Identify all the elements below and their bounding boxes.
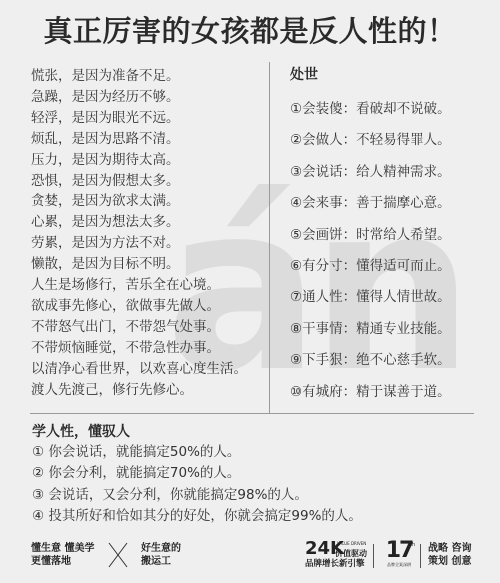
list-item: ⑧干事情：精通专业技能。 [290,314,490,345]
left-line: 贪婪，是因为欲求太满。 [31,191,266,212]
x-icon [108,541,128,569]
list-item: ④会来事：善于揣摩心意。 [290,188,490,219]
brand-slogan-right: 战略 咨询 策划 创意 [428,542,471,568]
section-heading-renxing: 学人性，懂驭人 [32,422,482,442]
left-line: 慌张，是因为准备不足。 [31,66,266,87]
left-line: 劳累，是因为方法不对。 [31,233,266,254]
badge-17th: 17 th 品牌全案深耕 [382,540,416,568]
list-item: ⑦通人性：懂得人情世故。 [290,282,490,313]
left-line: 轻浮，是因为眼光不远。 [31,108,266,129]
list-item: ⑩有城府：精于谋善于道。 [290,377,490,408]
left-line: 烦乱，是因为思路不清。 [31,129,266,150]
slogan-line: 好生意的 [141,542,181,555]
badge-24k-label: 价值驱动 [335,548,367,559]
list-item: ①会装傻：看破却不说破。 [290,94,490,125]
left-line: 恐惧，是因为假想太多。 [31,171,266,192]
list-item: ③会说话：给人精神需求。 [290,157,490,188]
left-line: 人生是场修行，苦乐全在心境。 [31,275,266,296]
left-line: 渡人先渡己，修行先修心。 [31,380,266,401]
footer-separator [373,544,374,568]
list-item: ① 你会说话，就能搞定50%的人。 [32,442,482,463]
left-line: 不带烦恼睡觉，不带急性办事。 [31,338,266,359]
badge-24k: 24K VALUE DRIVEN 价值驱动 品牌增长新引擎 [305,540,365,570]
vertical-divider [269,62,270,414]
badge-24k-subtitle: 品牌增长新引擎 [305,558,365,570]
left-line: 压力，是因为期待太高。 [31,150,266,171]
list-item: ③ 会说话，又会分利，你就能搞定98%的人。 [32,485,482,506]
slogan-line: 更懂落地 [31,555,94,568]
bottom-section: 学人性，懂驭人 ① 你会说话，就能搞定50%的人。 ② 你会分利，就能搞定70%… [32,422,482,527]
left-line: 心累，是因为想法太多。 [31,212,266,233]
list-item: ② 你会分利，就能搞定70%的人。 [32,463,482,484]
badge-17-subtitle: 品牌全案深耕 [382,562,416,568]
brand-slogan-left: 懂生意 懂美学 更懂落地 [31,542,94,568]
list-item: ⑥有分寸：懂得适可而止。 [290,251,490,282]
list-item: ⑨下手狠：绝不心慈手软。 [290,345,490,376]
slogan-line: 策划 创意 [428,555,471,568]
page-title: 真正厉害的女孩都是反人性的！ [0,9,500,50]
list-item: ②会做人：不轻易得罪人。 [290,125,490,156]
footer: 懂生意 懂美学 更懂落地 好生意的 搬运工 24K VALUE DRIVEN 价… [0,535,500,580]
slogan-line: 战略 咨询 [428,542,471,555]
left-line: 急躁，是因为经历不够。 [31,87,266,108]
left-line: 欲成事先修心，欲做事先做人。 [31,296,266,317]
footer-separator [420,544,421,568]
left-line: 以清净心看世界，以欢喜心度生活。 [31,359,266,380]
list-item: ⑤会画饼：时常给人希望。 [290,220,490,251]
badge-24k-caption: VALUE DRIVEN [337,541,366,546]
left-line: 不带怒气出门，不带怨气处事。 [31,317,266,338]
brand-slogan-mid: 好生意的 搬运工 [141,542,181,568]
list-item: ④ 投其所好和恰如其分的好处，你就会搞定99%的人。 [32,506,482,527]
section-heading-chushi: 处世 [290,66,490,84]
horizontal-divider [30,413,474,414]
slogan-line: 搬运工 [141,555,181,568]
slogan-line: 懂生意 懂美学 [31,542,94,555]
right-column: 处世 ①会装傻：看破却不说破。 ②会做人：不轻易得罪人。 ③会说话：给人精神需求… [290,66,490,408]
left-column: 慌张，是因为准备不足。 急躁，是因为经历不够。 轻浮，是因为眼光不远。 烦乱，是… [31,66,266,401]
left-line: 懒散，是因为目标不明。 [31,254,266,275]
badge-17-suffix: th [410,542,415,548]
